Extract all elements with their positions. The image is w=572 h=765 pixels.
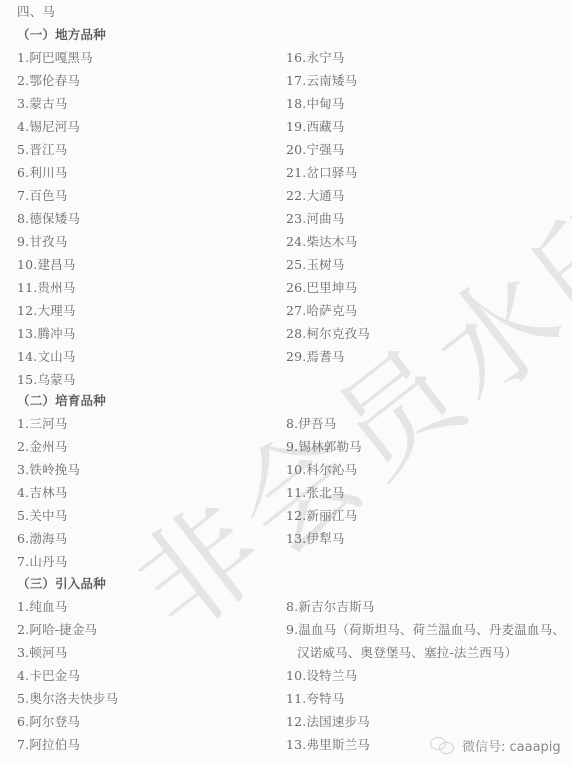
- list-item: 12.大理马: [17, 303, 76, 319]
- wechat-id-badge: 微信号: caaapig: [430, 736, 561, 755]
- list-item: 8.伊吾马: [286, 416, 336, 432]
- list-item: 1.纯血马: [17, 599, 67, 615]
- page-title: 四、马: [17, 4, 55, 20]
- list-item: 13.腾冲马: [17, 326, 76, 342]
- list-item: 2.鄂伦春马: [17, 73, 80, 89]
- list-item: 2.阿哈-捷金马: [17, 622, 97, 638]
- list-item: 3.顿河马: [17, 645, 67, 661]
- list-item-continuation: 汉诺威马、奥登堡马、塞拉-法兰西马）: [297, 645, 517, 661]
- list-item: 29.焉耆马: [286, 349, 345, 365]
- wechat-id-label: 微信号: caaapig: [462, 736, 561, 755]
- list-item: 7.山丹马: [17, 554, 67, 570]
- list-item: 19.西藏马: [286, 119, 345, 135]
- list-item: 13.弗里斯兰马: [286, 737, 370, 753]
- wechat-icon: [430, 737, 456, 755]
- list-item: 20.宁强马: [286, 142, 345, 158]
- list-item: 14.文山马: [17, 349, 76, 365]
- list-item: 5.奥尔洛夫快步马: [17, 691, 118, 707]
- list-item: 13.伊犁马: [286, 531, 345, 547]
- list-item: 4.卡巴金马: [17, 668, 80, 684]
- list-item: 8.新吉尔吉斯马: [286, 599, 375, 615]
- list-item: 10.设特兰马: [286, 668, 357, 684]
- list-item: 11.贵州马: [17, 280, 76, 296]
- list-item: 5.晋江马: [17, 142, 67, 158]
- list-item: 24.柴达木马: [286, 234, 357, 250]
- list-item: 3.铁岭挽马: [17, 462, 80, 478]
- list-item: 18.中甸马: [286, 96, 345, 112]
- list-item: 26.巴里坤马: [286, 280, 357, 296]
- list-item: 6.利川马: [17, 165, 67, 181]
- list-item: 12.法国速步马: [286, 714, 370, 730]
- list-item: 25.玉树马: [286, 257, 345, 273]
- list-item: 22.大通马: [286, 188, 345, 204]
- list-item: 4.锡尼河马: [17, 119, 80, 135]
- list-item: 6.渤海马: [17, 531, 67, 547]
- list-item: 3.蒙古马: [17, 96, 67, 112]
- list-item: 1.阿巴嘎黑马: [17, 50, 93, 66]
- list-item: 16.永宁马: [286, 50, 345, 66]
- section-heading-local: （一）地方品种: [17, 27, 106, 43]
- list-item: 12.新丽江马: [286, 508, 357, 524]
- list-item: 15.乌蒙马: [17, 372, 76, 388]
- list-item: 5.关中马: [17, 508, 67, 524]
- section-heading-introduced: （三）引入品种: [17, 576, 106, 592]
- list-item: 1.三河马: [17, 416, 67, 432]
- list-item: 8.德保矮马: [17, 211, 80, 227]
- list-item: 7.阿拉伯马: [17, 737, 80, 753]
- section-heading-bred: （二）培育品种: [17, 393, 106, 409]
- list-item: 11.夸特马: [286, 691, 345, 707]
- list-item: 21.岔口驿马: [286, 165, 357, 181]
- list-item: 10.科尔沁马: [286, 462, 357, 478]
- list-item: 11.张北马: [286, 485, 345, 501]
- list-item: 9.温血马（荷斯坦马、荷兰温血马、丹麦温血马、: [286, 622, 565, 638]
- list-item: 27.哈萨克马: [286, 303, 357, 319]
- list-item: 23.河曲马: [286, 211, 345, 227]
- list-item: 2.金州马: [17, 439, 67, 455]
- list-item: 7.百色马: [17, 188, 67, 204]
- list-item: 10.建昌马: [17, 257, 76, 273]
- list-item: 17.云南矮马: [286, 73, 357, 89]
- list-item: 9.甘孜马: [17, 234, 67, 250]
- list-item: 4.吉林马: [17, 485, 67, 501]
- list-item: 9.锡林郭勒马: [286, 439, 362, 455]
- list-item: 6.阿尔登马: [17, 714, 80, 730]
- list-item: 28.柯尔克孜马: [286, 326, 370, 342]
